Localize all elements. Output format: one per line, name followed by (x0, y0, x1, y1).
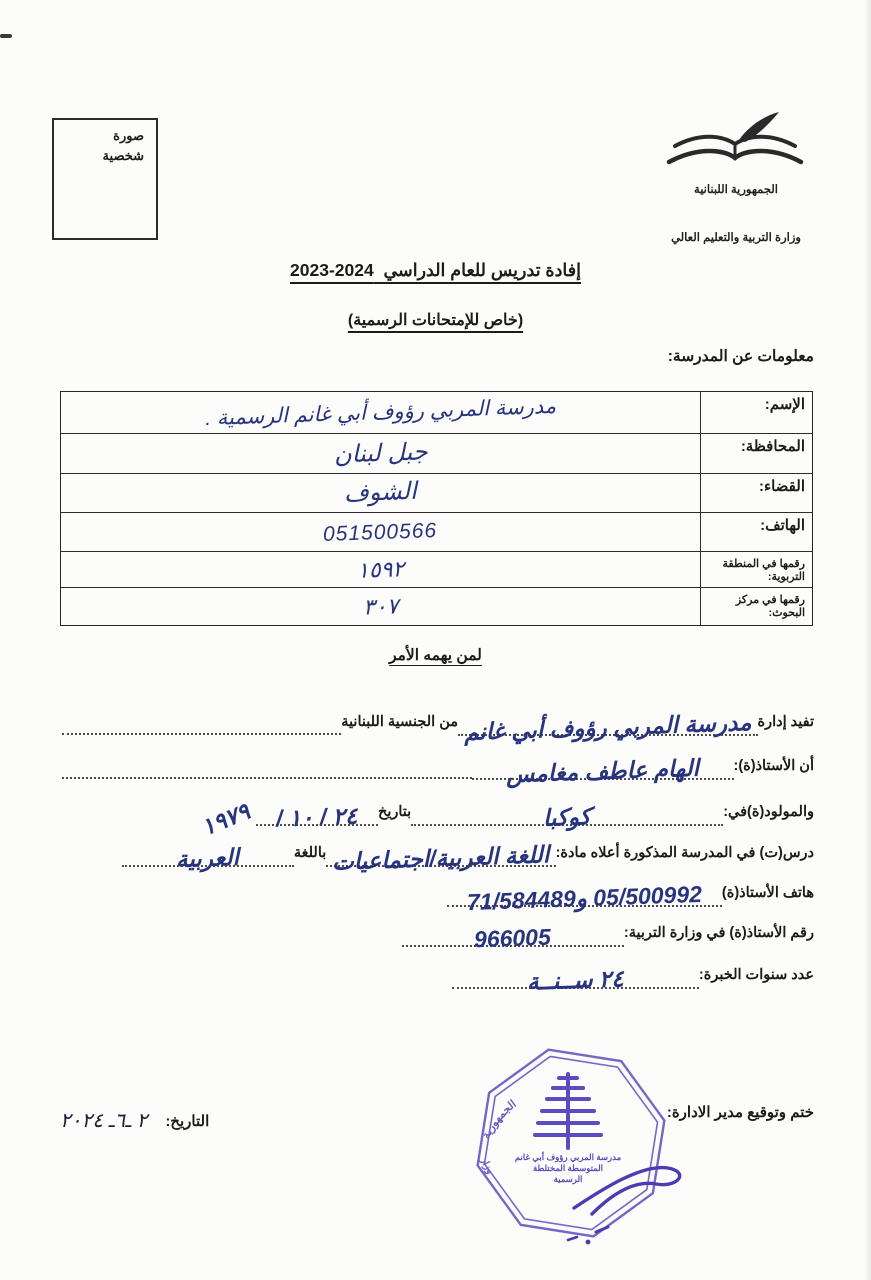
school-info-heading: معلومات عن المدرسة: (668, 347, 814, 366)
page-subtitle: (خاص للإمتحانات الرسمية) (0, 310, 871, 330)
row-label: المحافظة: (700, 434, 812, 473)
certificate-body: تفيد إدارة مدرسة المربي رؤوف أبي غانم من… (62, 688, 814, 989)
handwritten-experience-years: ٢٤ ســنــة (527, 967, 624, 993)
printed-text: أن الأستاذ(ة): (734, 758, 815, 780)
form-line-teacher-name: أن الأستاذ(ة): الهام عاطف مغامس (62, 736, 814, 780)
form-line-subject: درس(ت) في المدرسة المذكورة أعلاه مادة: ا… (62, 826, 814, 867)
table-row-research-number: رقمها في مركز البحوث: ٣٠٧ (61, 587, 812, 625)
stamp-top-text: الجمهورية اللبنانية (446, 1036, 519, 1141)
form-line-birth: والمولود(ة)في: كوكبا بتاريخ ٢٤ / ١٠ / ١٩… (62, 780, 814, 826)
printed-text: عدد سنوات الخبرة: (699, 967, 814, 989)
row-label: القضاء: (700, 474, 812, 512)
table-row-district: القضاء: الشوف (61, 473, 812, 512)
to-whom-heading: لمن يهمه الأمر (0, 646, 871, 665)
date-label: التاريخ: (165, 1112, 209, 1130)
handwritten-date: ٢ ـ٦ـ ٢٠٢٤ (60, 1108, 147, 1133)
printed-text: بتاريخ (378, 804, 411, 826)
ministry-logo: الجمهورية اللبنانية وزارة التربية والتعل… (628, 110, 844, 274)
octagon-border (470, 1042, 673, 1245)
scan-artifact (0, 34, 12, 38)
row-label: رقمها في المنطقة التربوية: (700, 552, 812, 587)
stamp-school-type: المتوسطة المختلطة (533, 1163, 603, 1174)
handwritten-birthdate: ٢٤ / ١٠ / (276, 805, 358, 831)
photo-box-label-line1: صورة (54, 126, 144, 146)
svg-text:الجمهورية اللبنانية: الجمهورية اللبنانية (446, 1036, 519, 1141)
table-row-phone: الهاتف: 051500566 (61, 512, 812, 551)
form-line-school: تفيد إدارة مدرسة المربي رؤوف أبي غانم من… (62, 688, 814, 736)
cedar-tree-icon (535, 1074, 601, 1148)
form-line-ministry-number: رقم الأستاذ(ة) في وزارة التربية: 966005 (62, 907, 814, 947)
scanned-document-page: صورة شخصية الجمهورية اللبنانية وزارة الت… (0, 0, 871, 1280)
row-label: رقمها في مركز البحوث: (700, 588, 812, 625)
printed-text: رقم الأستاذ(ة) في وزارة التربية: (624, 925, 814, 947)
handwritten-governorate: جبل لبنان (333, 440, 427, 467)
stamp-school-status: الرسمية (554, 1174, 583, 1185)
handwritten-school-name: مدرسة المربي رؤوف أبي غانم الرسمية . (205, 396, 557, 429)
printed-text: درس(ت) في المدرسة المذكورة أعلاه مادة: (556, 845, 814, 867)
form-line-teacher-phone: هاتف الأستاذ(ة) 05/500992 و71/584489 (62, 867, 814, 907)
handwritten-language: العربية (176, 846, 240, 871)
dotted-line (62, 733, 341, 735)
stamp-school-name: مدرسة المربي رؤوف أبي غانم (515, 1150, 622, 1163)
printed-text: تفيد إدارة (758, 714, 815, 736)
row-label: الإسم: (700, 392, 812, 433)
open-book-icon (661, 110, 811, 182)
title-year: 2023-2024 (290, 260, 374, 280)
school-info-table: الإسم: مدرسة المربي رؤوف أبي غانم الرسمي… (60, 391, 813, 626)
handwritten-district: الشوف (344, 480, 417, 507)
dotted-line (62, 777, 472, 779)
date-group: التاريخ: ٢ ـ٦ـ ٢٠٢٤ (60, 1108, 209, 1133)
table-row-name: الإسم: مدرسة المربي رؤوف أبي غانم الرسمي… (61, 392, 812, 433)
printed-text: هاتف الأستاذ(ة) (722, 885, 814, 907)
handwritten-phone: 051500566 (323, 520, 438, 545)
title-text: إفادة تدريس للعام الدراسي (383, 260, 580, 280)
printed-text: من الجنسية اللبنانية (341, 714, 458, 736)
table-row-governorate: المحافظة: جبل لبنان (61, 433, 812, 473)
photo-placeholder-box: صورة شخصية (52, 118, 158, 240)
handwritten-research-number: ٣٠٧ (362, 595, 398, 618)
handwritten-ministry-number: 966005 (474, 926, 552, 952)
handwritten-birthplace: كوكبا (543, 805, 592, 830)
official-stamp: الجمهورية اللبنانية وزارة التربية و التع… (446, 1036, 702, 1258)
handwritten-district-number: ١٥٩٢ (357, 558, 405, 582)
table-row-district-number: رقمها في المنطقة التربوية: ١٥٩٢ (61, 551, 812, 587)
logo-text-republic: الجمهورية اللبنانية (628, 182, 844, 230)
printed-text: باللغة (294, 845, 326, 867)
photo-box-label-line2: شخصية (54, 146, 144, 166)
printed-text: والمولود(ة)في: (723, 804, 814, 826)
page-title: إفادة تدريس للعام الدراسي 2023-2024 (0, 260, 871, 281)
row-label: الهاتف: (700, 513, 812, 551)
form-line-experience: عدد سنوات الخبرة: ٢٤ ســنــة (62, 947, 814, 989)
